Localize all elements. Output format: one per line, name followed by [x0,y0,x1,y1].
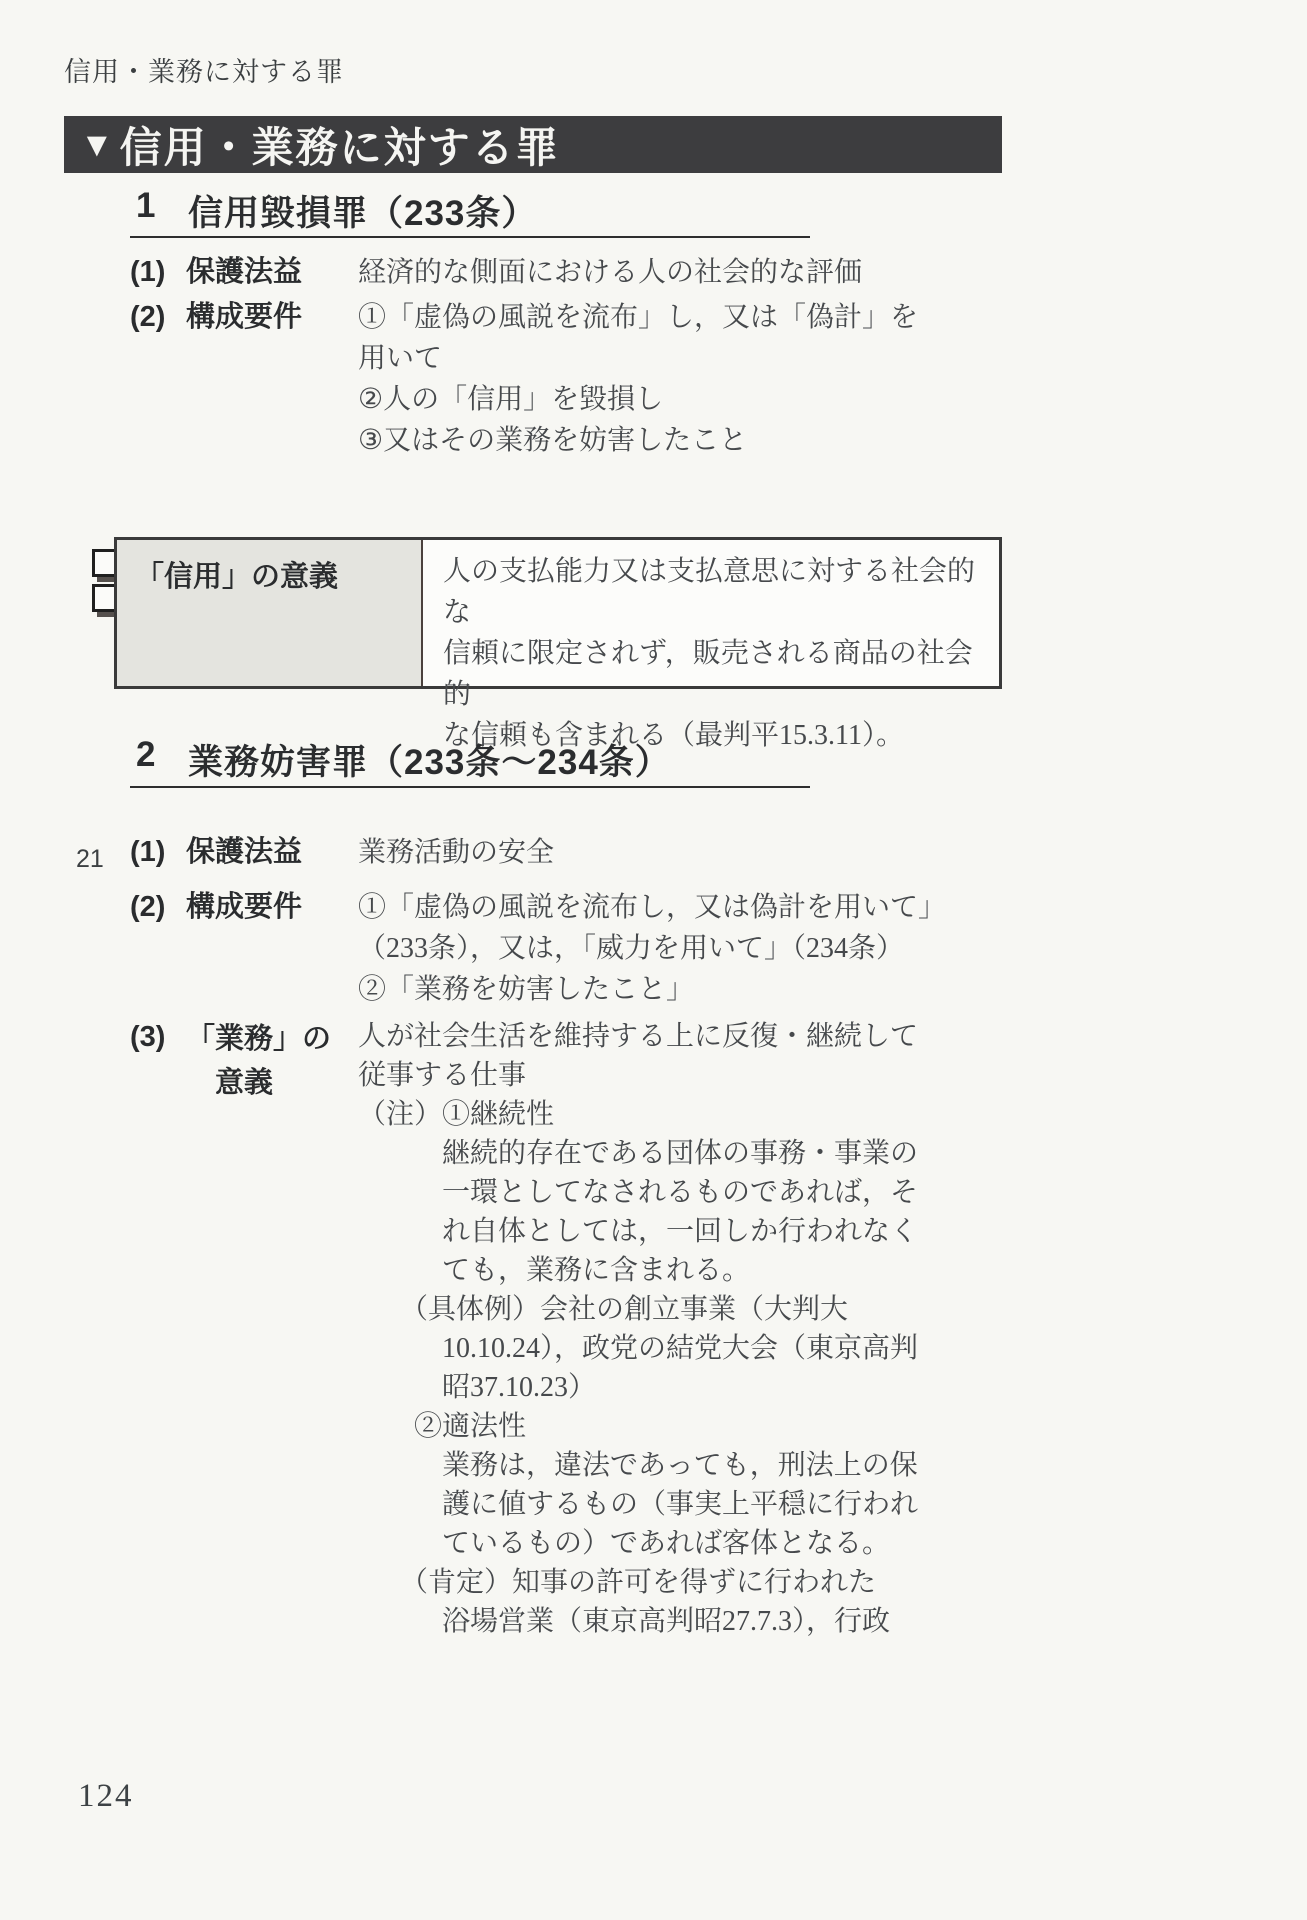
section-number: 2 [136,735,156,775]
chapter-title: 信用・業務に対する罪 [120,115,560,175]
item-text: 経済的な側面における人の社会的な評価 [358,252,1038,293]
table-term-cell: 「信用」の意義 [117,540,423,686]
heading-rule [130,786,810,788]
section-title: 業務妨害罪（233条～234条） [188,735,671,785]
item-text: ①「虚偽の風説を流布し，又は偽計を用いて」 （233条），又は，「威力を用いて」… [358,887,1038,1010]
item-text: 人が社会生活を維持する上に反復・継続して 従事する仕事 （注）①継続性 継続的存… [358,1017,1038,1641]
definition-table: 「信用」の意義 人の支払能力又は支払意思に対する社会的な 信頼に限定されず，販売… [114,537,1002,689]
item-label: 「業務」の 意義 [186,1017,331,1105]
page-number: 124 [78,1778,134,1815]
running-header: 信用・業務に対する罪 [64,50,344,89]
section-number: 1 [136,186,156,226]
chapter-banner: ▼ 信用・業務に対する罪 [64,116,1002,173]
item-label: 保護法益 [186,832,302,873]
item-label: 構成要件 [186,887,302,928]
document-page: 信用・業務に対する罪 ▼ 信用・業務に対する罪 1 信用毀損罪（233条） (1… [0,0,1307,1920]
item-number: (3) [130,1017,165,1058]
item-label: 保護法益 [186,252,302,293]
table-definition-cell: 人の支払能力又は支払意思に対する社会的な 信頼に限定されず，販売される商品の社会… [423,540,999,686]
item-number: (2) [130,297,165,338]
triangle-marker-icon: ▼ [80,128,116,162]
section-title: 信用毀損罪（233条） [188,186,537,236]
item-text: 業務活動の安全 [358,832,1038,873]
heading-rule [130,236,810,238]
margin-tab-number: 21 [76,845,104,874]
item-number: (2) [130,887,165,928]
item-number: (1) [130,832,165,873]
item-label: 構成要件 [186,297,302,338]
item-text: ①「虚偽の風説を流布」し，又は「偽計」を 用いて ②人の「信用」を毀損し ③又は… [358,297,1038,461]
item-number: (1) [130,252,165,293]
